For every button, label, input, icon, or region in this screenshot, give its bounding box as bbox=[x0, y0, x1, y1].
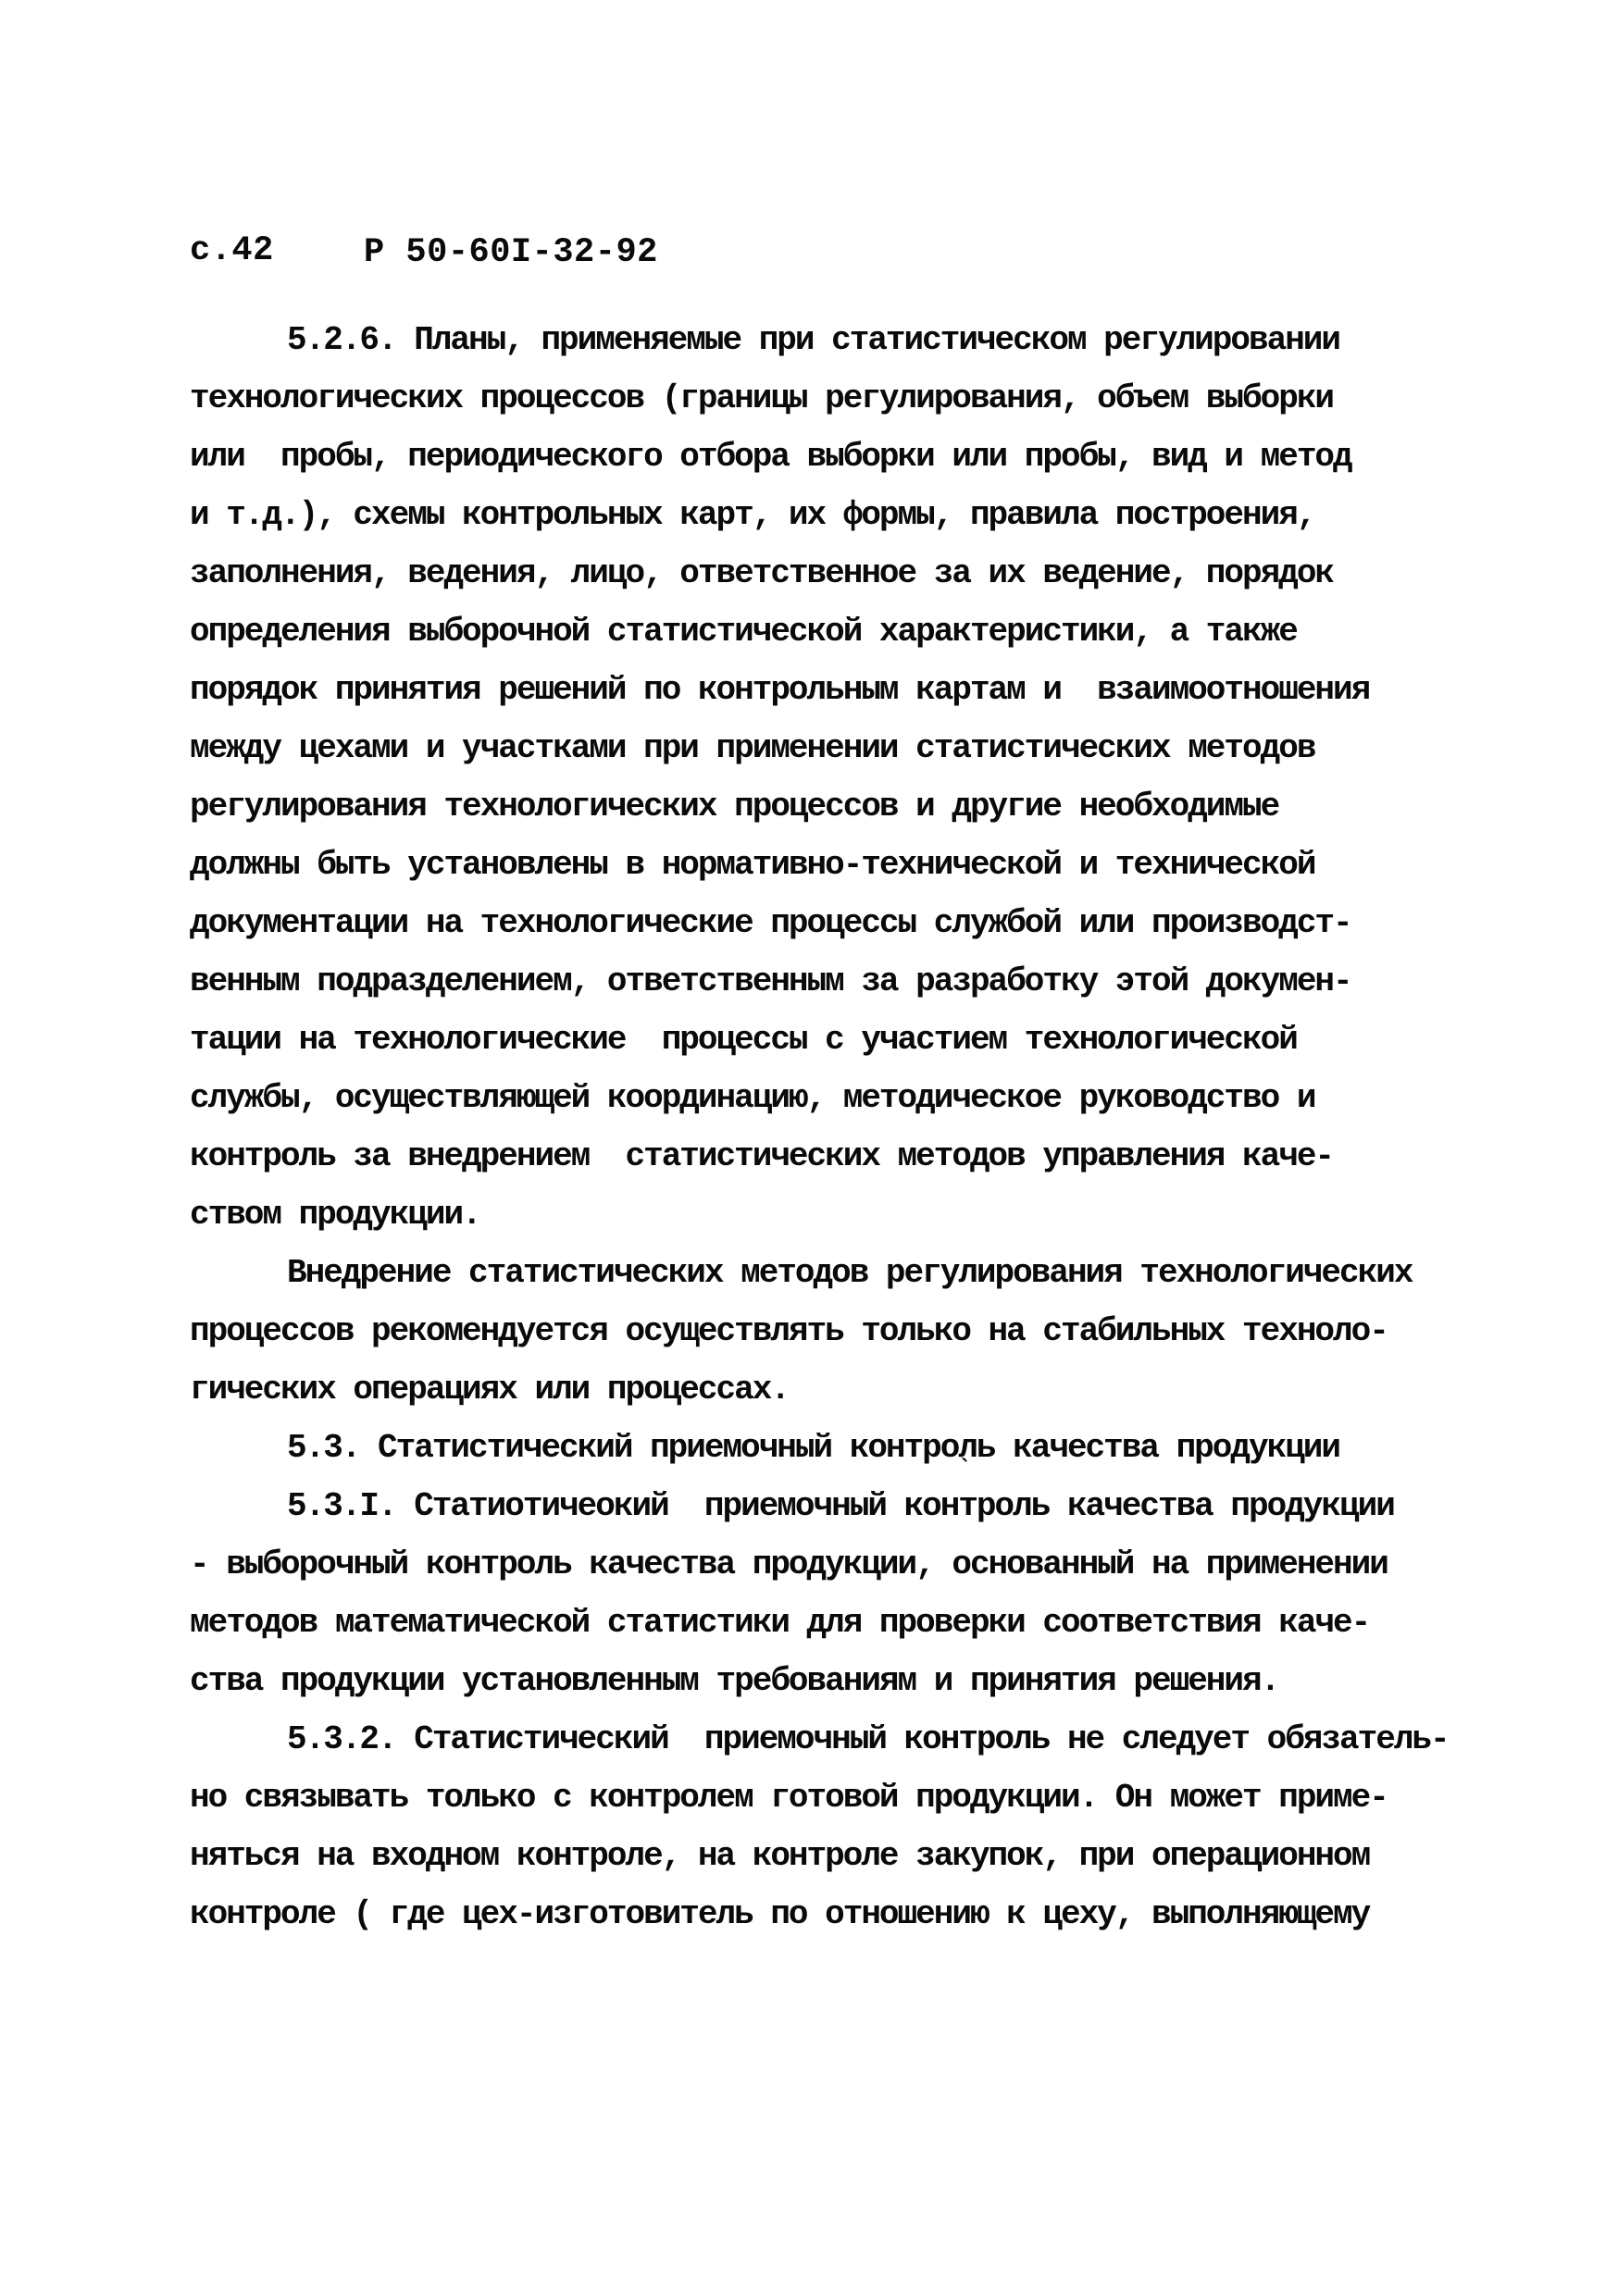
text-line: венным подразделением, ответственным за … bbox=[190, 952, 1523, 1011]
text-line: регулирования технологических процессов … bbox=[190, 777, 1523, 836]
text-line: процессов рекомендуется осуществлять тол… bbox=[190, 1302, 1523, 1360]
text-line: ством продукции. bbox=[190, 1185, 1523, 1244]
text-line: и т.д.), схемы контрольных карт, их форм… bbox=[190, 486, 1523, 544]
text-line: Внедрение статистических методов регулир… bbox=[190, 1244, 1523, 1302]
page-number: с.42 bbox=[190, 231, 274, 270]
text-line: методов математической статистики для пр… bbox=[190, 1594, 1523, 1652]
text-line: должны быть установлены в нормативно-тех… bbox=[190, 836, 1523, 894]
text-line: 5.3.2. Статистический приемочный контрол… bbox=[190, 1710, 1523, 1769]
text-line: 5.3.I. Статиотичеокий приемочный контрол… bbox=[190, 1477, 1523, 1535]
text-line: но связывать только с контролем готовой … bbox=[190, 1769, 1523, 1827]
text-line: определения выборочной статистической ха… bbox=[190, 602, 1523, 661]
text-line: или пробы, периодического отбора выборки… bbox=[190, 428, 1523, 486]
text-line: порядок принятия решений по контрольным … bbox=[190, 661, 1523, 719]
text-line: заполнения, ведения, лицо, ответственное… bbox=[190, 544, 1523, 602]
document-number: Р 50-60I-32-92 bbox=[364, 233, 658, 272]
text-line: 5.3. Статистический приемочный контроль … bbox=[190, 1419, 1523, 1477]
text-line: тации на технологические процессы с учас… bbox=[190, 1011, 1523, 1069]
text-line: - выборочный контроль качества продукции… bbox=[190, 1535, 1523, 1594]
text-line: няться на входном контроле, на контроле … bbox=[190, 1827, 1523, 1885]
text-line: технологических процессов (границы регул… bbox=[190, 369, 1523, 428]
scanned-document-page: с.42 Р 50-60I-32-92 5.2.6. Планы, примен… bbox=[0, 0, 1618, 2296]
text-line: ства продукции установленным требованиям… bbox=[190, 1652, 1523, 1710]
text-line: контроль за внедрением статистических ме… bbox=[190, 1127, 1523, 1185]
text-line: документации на технологические процессы… bbox=[190, 894, 1523, 952]
body-text: 5.2.6. Планы, применяемые при статистиче… bbox=[190, 311, 1523, 1943]
text-line: контроле ( где цех-изготовитель по отнош… bbox=[190, 1885, 1523, 1943]
text-line: между цехами и участками при применении … bbox=[190, 719, 1523, 777]
text-line: 5.2.6. Планы, применяемые при статистиче… bbox=[190, 311, 1523, 369]
text-line: службы, осуществляющей координацию, мето… bbox=[190, 1069, 1523, 1127]
text-line: гических операциях или процессах. bbox=[190, 1360, 1523, 1419]
